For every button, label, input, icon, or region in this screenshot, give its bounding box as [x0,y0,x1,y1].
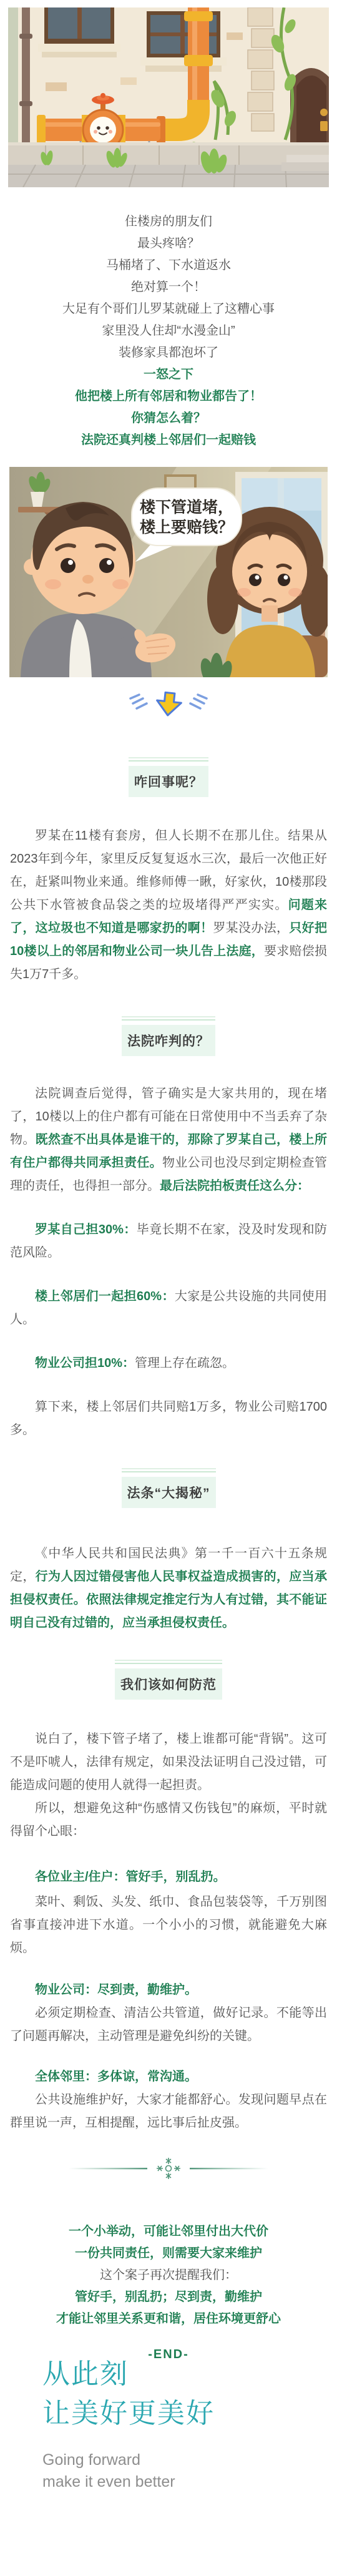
valve-face [90,117,116,143]
brand-footer: 从此刻 让美好更美好 Going forwardmake it even bet… [42,2354,215,2493]
closing-verse: 一个小举动，可能让邻里付出大代价 一份共同责任，则需要大家来维护 这个案子再次提… [0,2221,337,2366]
section-divider-line [122,1019,215,1021]
section-header-prevention: 我们该如何防范 [0,1660,337,1700]
stone-base [8,142,329,165]
bubble-text-line1: 楼下管道堵， [140,498,233,516]
intro-line: 装修家具都泡坏了 [12,342,325,364]
couple-dialog-scene: 楼下管道堵， 楼上要赔钱？ [9,467,328,677]
window-center [140,11,227,72]
prevention-paragraph-1: 说白了，楼下管子堵了，楼上谁都可能“背锅”。这可不是吓唬人，法律有规定，如果没法… [10,1728,327,1797]
advice-body-property: 必须定期检查、清洁公共管道，做好记录。不能等出了问题再解决，主动管理是避免纠纷的… [10,2002,327,2048]
intro-line-highlight: 你猜怎么着？ [12,408,325,429]
footer-slogan-zh-line1: 从此刻 [42,2354,215,2394]
section-divider-line [122,1468,216,1469]
advice-body-owners: 菜叶、剩饭、头发、纸巾、食品包装袋等，千万别图省事直接冲进下水道。一个小小的习惯… [10,1891,327,1960]
footer-slogan-en: Going forwardmake it even better [42,2449,215,2493]
closing-line: 这个案子再次提醒我们： [12,2265,325,2286]
settlement-summary: 算下来，楼上邻居们共同赔1万多，物业公司赔1700多。 [10,1396,327,1442]
ornament-line-left [69,2168,147,2169]
intro-line: 大足有个哥们儿罗某就碰上了这糟心事 [12,298,325,320]
intro-line-highlight: 他把楼上所有邻居和物业都告了！ [12,386,325,408]
speed-marks-left [130,695,147,708]
advice-heading-neighbors: 全体邻里：多体谅，常沟通。 [10,2065,327,2089]
closing-line: 一个小举动，可能让邻里付出大代价 [12,2221,325,2243]
intro-line: 马桶堵了、下水道返水 [12,255,325,277]
building-pipes-scene [8,7,329,187]
intro-line: 最头疼啥？ [12,233,325,255]
intro-verse: 住楼房的朋友们 最头疼啥？ 马桶堵了、下水道返水 绝对算一个！ 大足有个哥们儿罗… [0,211,337,451]
snowflake-ornament-icon [0,2157,337,2180]
section-divider-line [115,1663,222,1664]
section-divider-line [122,1016,215,1017]
section-divider-line [115,1660,222,1661]
arrow-glyph [155,692,182,717]
section-title: 法条“大揭秘” [122,1477,216,1508]
story-paragraph-2: 法院调查后觉得，管子确实是大家共用的，现在堵了，10楼以上的住户都有可能在日常使… [10,1082,327,1198]
ornament-center [157,2158,180,2179]
intro-line-highlight: 法院还真判楼上邻居们一起赔钱 [12,429,325,451]
law-paragraph: 《中华人民共和国民法典》第一千一百六十五条规定，行为人因过错侵害他人民事权益造成… [10,1542,327,1635]
bubble-text-line2: 楼上要赔钱？ [140,519,233,536]
story-paragraph-1: 罗某在11楼有套房，但人长期不在那儿住。结果从2023年到今年，家里反反复复返水… [10,825,327,986]
closing-line: 才能让邻里关系更和谐，居住环境更舒心 [12,2308,325,2330]
liability-item-neighbors: 楼上邻居们一起担60%：大家是公共设施的共同使用人。 [10,1285,327,1331]
section-header-law: 法条“大揭秘” [0,1468,337,1508]
section-title: 咋回事呢？ [129,766,208,797]
intro-line-highlight: 一怒之下 [12,364,325,386]
footer-slogan-zh-line2: 让美好更美好 [42,2394,215,2433]
intro-line: 家里没人住却“水漫金山” [12,320,325,342]
down-arrow-icon [0,691,337,717]
closing-line: 一份共同责任，则需要大家来维护 [12,2243,325,2265]
advice-heading-property: 物业公司：尽到责，勤维护。 [10,1979,327,2002]
section-header-what-happened: 咋回事呢？ [0,757,337,797]
section-divider-line [122,1471,216,1472]
intro-line: 绝对算一个！ [12,277,325,298]
liability-item-owner: 罗某自己担30%：毕竟长期不在家，没及时发现和防范风险。 [10,1218,327,1265]
prevention-paragraph-2: 所以，想避免这种“伤感情又伤钱包”的麻烦，平时就得留个心眼： [10,1797,327,1843]
section-title: 我们该如何防范 [115,1668,222,1700]
dialog-illustration: 楼下管道堵， 楼上要赔钱？ [9,467,328,677]
section-header-court-ruling: 法院咋判的？ [0,1016,337,1056]
section-title: 法院咋判的？ [122,1025,215,1056]
advice-heading-owners: 各位业主/住户：管好手，别乱扔。 [10,1866,327,1889]
window-left [38,7,120,57]
closing-line: 管好手，别乱扔；尽到责，勤维护 [12,2286,325,2308]
ornament-line-right [190,2168,268,2169]
liability-item-property: 物业公司担10%：管理上存在疏忽。 [10,1352,327,1375]
article-page: 住楼房的朋友们 最头疼啥？ 马桶堵了、下水道返水 绝对算一个！ 大足有个哥们儿罗… [0,0,337,2576]
section-divider-line [129,757,208,758]
advice-body-neighbors: 公共设施维护好，大家才能都舒心。发现问题早点在群里说一声，互相提醒，远比事后扯皮… [10,2089,327,2135]
section-divider-line [129,760,208,762]
intro-line: 住楼房的朋友们 [12,211,325,233]
door-handle [320,109,328,116]
speed-marks-right [190,695,207,708]
hero-illustration [8,7,329,187]
